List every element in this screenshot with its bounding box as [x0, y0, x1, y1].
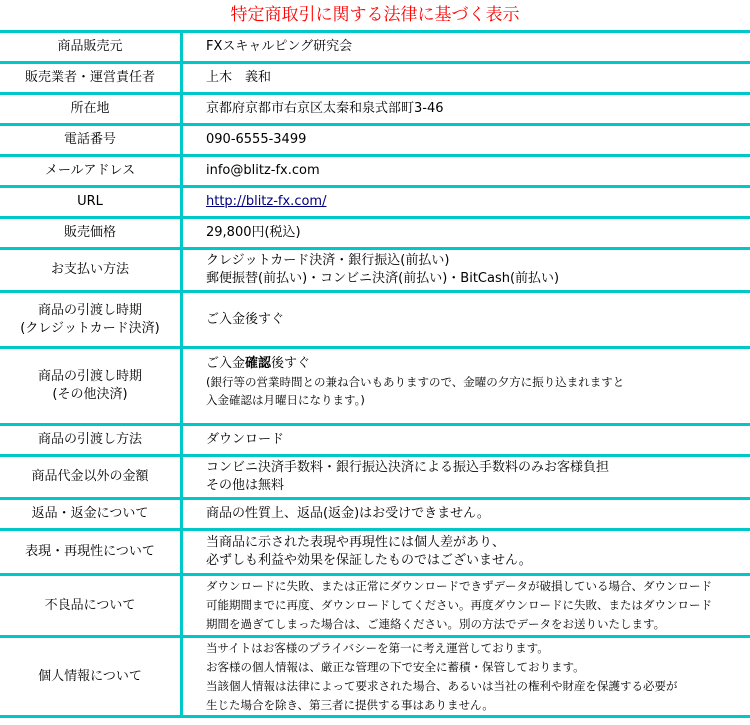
table-row: 返品・返金について 商品の性質上、返品(返金)はお受けできません。	[0, 499, 750, 530]
label-line: 商品の引渡し時期	[38, 369, 142, 384]
row-label: 商品販売元	[0, 32, 182, 63]
row-value: ご入金確認後すぐ (銀行等の営業時間との兼ね合いもありますので、金曜の夕方に振り…	[182, 348, 750, 425]
row-label: 商品の引渡し時期 (その他決済)	[0, 348, 182, 425]
row-value: 当商品に示された表現や再現性には個人差があり、 必ずしも利益や効果を保証したもの…	[182, 530, 750, 575]
value-line: お客様の個人情報は、厳正な管理の下で安全に蓄積・保管しております。	[206, 660, 585, 674]
table-row: お支払い方法 クレジットカード決済・銀行振込(前払い) 郵便振替(前払い)・コン…	[0, 249, 750, 292]
table-row: 商品の引渡し方法 ダウンロード	[0, 425, 750, 456]
row-label: 不良品について	[0, 575, 182, 637]
row-value: 上木 義和	[182, 63, 750, 94]
row-label: 所在地	[0, 94, 182, 125]
note-line: 入金確認は月曜日になります。)	[206, 391, 750, 409]
table-row: 不良品について ダウンロードに失敗、または正常にダウンロードできずデータが破損し…	[0, 575, 750, 637]
value-line: 当該個人情報は法律によって要求された場合、あるいは当社の権利や財産を保護する必要…	[206, 679, 678, 693]
value-line: 生じた場合を除き、第三者に提供する事はありません。	[206, 698, 494, 712]
row-value: 京都府京都市右京区太秦和泉式部町3-46	[182, 94, 750, 125]
label-line: (クレジットカード決済)	[20, 321, 159, 336]
row-label: 表現・再現性について	[0, 530, 182, 575]
table-row: 商品の引渡し時期 (その他決済) ご入金確認後すぐ (銀行等の営業時間との兼ね合…	[0, 348, 750, 425]
row-label: 商品の引渡し時期 (クレジットカード決済)	[0, 292, 182, 348]
row-value: ご入金後すぐ	[182, 292, 750, 348]
row-value: info@blitz-fx.com	[182, 156, 750, 187]
value-line: 期間を過ぎてしまった場合は、ご連絡ください。別の方法でデータをお送りいたします。	[206, 617, 665, 631]
row-label: 電話番号	[0, 125, 182, 156]
row-label: 個人情報について	[0, 637, 182, 717]
row-value: コンビニ決済手数料・銀行振込決済による振込手数料のみお客様負担 その他は無料	[182, 456, 750, 499]
value-line: ダウンロードに失敗、または正常にダウンロードできずデータが破損している場合、ダウ…	[206, 579, 712, 593]
table-row: メールアドレス info@blitz-fx.com	[0, 156, 750, 187]
table-row: 商品代金以外の金額 コンビニ決済手数料・銀行振込決済による振込手数料のみお客様負…	[0, 456, 750, 499]
row-value: 当サイトはお客様のプライバシーを第一に考え運営しております。 お客様の個人情報は…	[182, 637, 750, 717]
value-text: 後すぐ	[271, 356, 310, 371]
row-label: 販売価格	[0, 218, 182, 249]
table-row: 個人情報について 当サイトはお客様のプライバシーを第一に考え運営しております。 …	[0, 637, 750, 717]
value-line: コンビニ決済手数料・銀行振込決済による振込手数料のみお客様負担	[206, 460, 609, 475]
row-label: 商品代金以外の金額	[0, 456, 182, 499]
row-value: 商品の性質上、返品(返金)はお受けできません。	[182, 499, 750, 530]
row-label: お支払い方法	[0, 249, 182, 292]
value-line: 当商品に示された表現や再現性には個人差があり、	[206, 535, 505, 550]
row-value: FXスキャルピング研究会	[182, 32, 750, 63]
page-title: 特定商取引に関する法律に基づく表示	[0, 0, 750, 30]
table-row: 表現・再現性について 当商品に示された表現や再現性には個人差があり、 必ずしも利…	[0, 530, 750, 575]
row-value: 090-6555-3499	[182, 125, 750, 156]
value-text-bold: 確認	[245, 356, 271, 371]
table-row: 電話番号 090-6555-3499	[0, 125, 750, 156]
row-label: 販売業者・運営責任者	[0, 63, 182, 94]
row-label: 商品の引渡し方法	[0, 425, 182, 456]
legal-disclosure-table: 商品販売元 FXスキャルピング研究会 販売業者・運営責任者 上木 義和 所在地 …	[0, 30, 750, 718]
value-line: 当サイトはお客様のプライバシーを第一に考え運営しております。	[206, 641, 549, 655]
row-label: 返品・返金について	[0, 499, 182, 530]
label-line: 商品の引渡し時期	[38, 303, 142, 318]
value-line: 可能期間までに再度、ダウンロードしてください。再度ダウンロードに失敗、またはダウ…	[206, 598, 712, 612]
value-text: ご入金	[206, 356, 245, 371]
table-row: 販売価格 29,800円(税込)	[0, 218, 750, 249]
table-row: 商品の引渡し時期 (クレジットカード決済) ご入金後すぐ	[0, 292, 750, 348]
url-link[interactable]: http://blitz-fx.com/	[206, 194, 326, 209]
table-row: 商品販売元 FXスキャルピング研究会	[0, 32, 750, 63]
row-value: 29,800円(税込)	[182, 218, 750, 249]
row-value: ダウンロードに失敗、または正常にダウンロードできずデータが破損している場合、ダウ…	[182, 575, 750, 637]
value-line: 郵便振替(前払い)・コンビニ決済(前払い)・BitCash(前払い)	[206, 271, 559, 286]
value-line: クレジットカード決済・銀行振込(前払い)	[206, 253, 449, 268]
table-row: URL http://blitz-fx.com/	[0, 187, 750, 218]
row-label: URL	[0, 187, 182, 218]
value-line: その他は無料	[206, 478, 284, 493]
row-label: メールアドレス	[0, 156, 182, 187]
label-line: (その他決済)	[52, 387, 127, 402]
row-value: ダウンロード	[182, 425, 750, 456]
row-value: クレジットカード決済・銀行振込(前払い) 郵便振替(前払い)・コンビニ決済(前払…	[182, 249, 750, 292]
table-row: 所在地 京都府京都市右京区太秦和泉式部町3-46	[0, 94, 750, 125]
note-line: (銀行等の営業時間との兼ね合いもありますので、金曜の夕方に振り込まれますと	[206, 373, 750, 391]
table-row: 販売業者・運営責任者 上木 義和	[0, 63, 750, 94]
value-line: 必ずしも利益や効果を保証したものではございません。	[206, 553, 532, 568]
